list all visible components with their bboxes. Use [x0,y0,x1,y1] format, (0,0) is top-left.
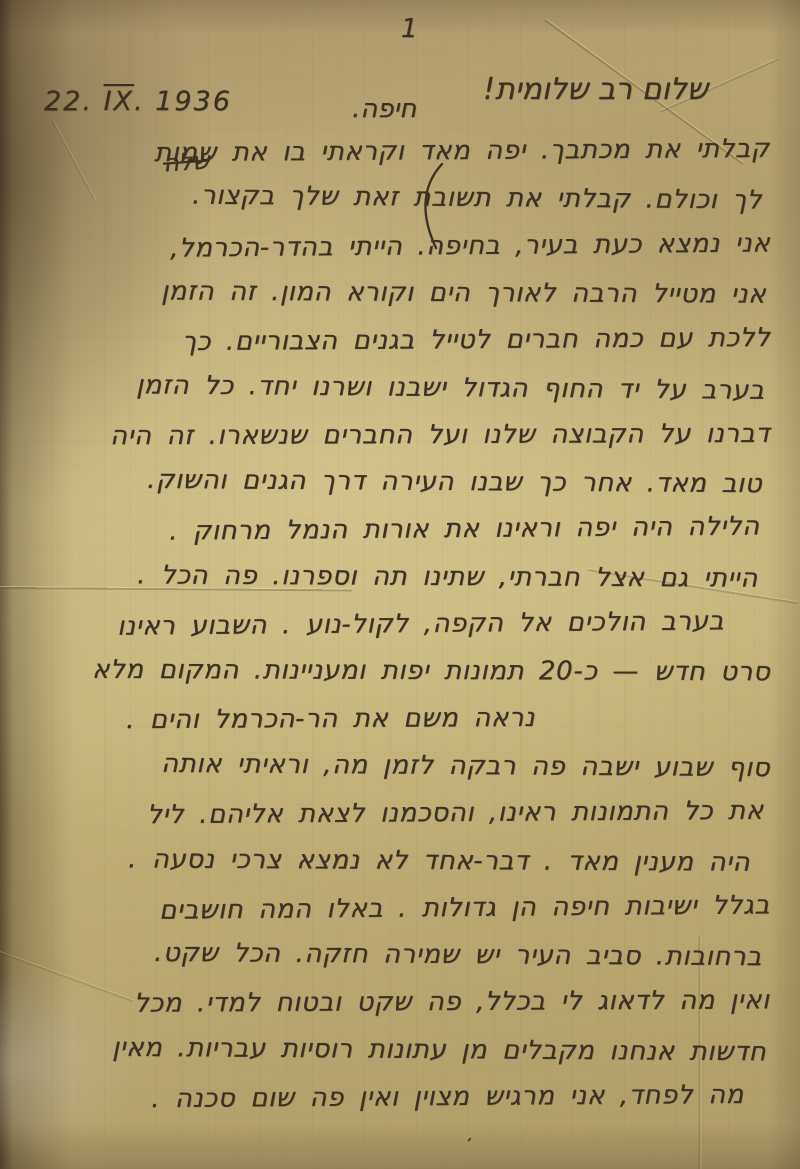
date-year: . 1936 [134,86,232,117]
ink-mark: ׳ [466,1132,473,1151]
handwritten-line: ואין מה לדאוג לי בכלל, פה שקט ובטוח למדי… [134,985,770,1018]
page-number: 1 [401,14,418,44]
handwritten-line: ברחובות. סביב העיר יש שמירה חזקה. הכל שק… [154,938,762,972]
date-text: 22. IX. 1936 [44,86,232,117]
handwritten-line: קבלתי את מכתבך. יפה מאד וקראתי בו את שמו… [154,134,770,168]
handwritten-line: בערב על יד החוף הגדול ישבנו ושרנו יחד. כ… [135,370,764,405]
handwritten-line: סרט חדש — כ-20 תמונות יפות ומעניינות. המ… [92,655,770,687]
handwritten-line: היה מענין מאד . דבר-אחד לא נמצא צרכי נסע… [128,844,750,877]
letter-paper: 1 שלום רב שלומית! חיפה. 22. IX. 1936 קבל… [0,0,800,1169]
handwritten-line: בגלל ישיבות חיפה הן גדולות . באלו המה חו… [159,890,770,925]
handwritten-line: חדשות אנחנו מקבלים מן עתונות רוסיות עברי… [112,1033,766,1068]
handwritten-line: דברנו על הקבוצה שלנו ועל החברים שנשארו. … [110,419,770,451]
letter-photograph: 1 שלום רב שלומית! חיפה. 22. IX. 1936 קבל… [0,0,800,1169]
handwritten-line: לך וכולם. קבלתי את תשובת זאת שלך בקצור. [192,181,762,216]
handwritten-line: ללכת עם כמה חברים לטייל בגנים הצבוריים. … [181,323,770,357]
date-month: IX [104,86,134,117]
crossed-out-word: שלה [162,146,210,177]
handwritten-line: מה לפחד, אני מרגיש מצוין ואין פה שום סכנ… [151,1080,744,1114]
handwritten-line: נראה משם את הר-הכרמל והים . [126,703,535,735]
handwritten-line: טוב מאד. אחר כך שבנו העירה דרך הגנים והש… [147,465,762,499]
handwritten-line: הלילה היה יפה וראינו את אורות הנמל מרחוק… [169,511,760,546]
handwritten-line: בערב הולכים אל הקפה, לקול-נוע . השבוע רא… [117,606,724,641]
handwritten-line: את כל התמונות ראינו, והסכמנו לצאת אליהם.… [147,796,764,830]
handwritten-line: אני מטייל הרבה לאורך הים וקורא המון. זה … [161,276,766,309]
handwritten-line: אני נמצא כעת בעיר, בחיפה. הייתי בהדר-הכר… [170,228,771,263]
crease-mark [51,119,97,202]
salutation-text: שלום רב שלומית! [483,72,708,107]
crease-mark [0,948,133,1002]
place-text: חיפה. [352,94,416,124]
date-day: 22. [44,86,93,117]
pen-flourish [414,160,448,252]
handwritten-line: הייתי גם אצל חברתי, שתינו תה וספרנו. פה … [137,560,758,593]
handwritten-line: סוף שבוע ישבה פה רבקה לזמן מה, וראיתי או… [161,749,770,783]
